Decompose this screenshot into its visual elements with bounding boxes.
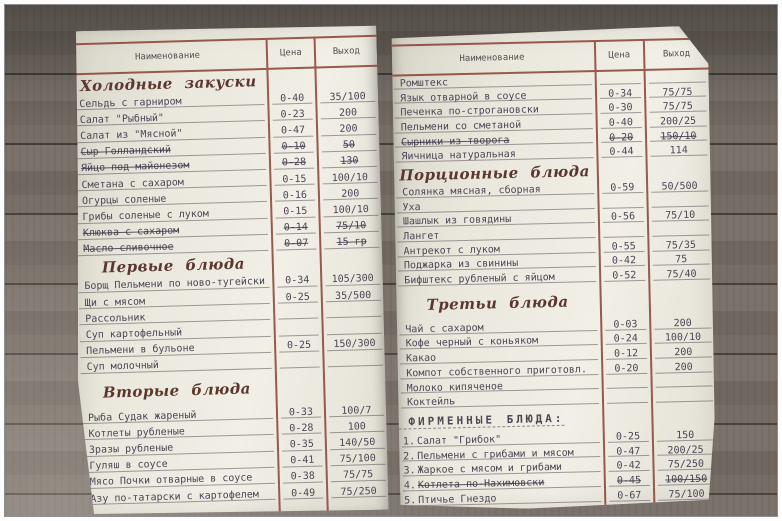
dish-yield: 150/10: [660, 130, 696, 142]
dish-name: Жаркое с мясом и грибами: [417, 462, 562, 476]
dish-yield: 75/75: [343, 469, 373, 481]
yield-column-cell: [323, 368, 387, 404]
dish-yield-cell: 150/10: [645, 128, 711, 144]
dish-yield-cell: 50/500: [646, 179, 712, 195]
dish-name: Салат "Рыбный": [71, 113, 165, 127]
dish-name: Молоко кипяченое: [398, 381, 504, 394]
dish-name: Суп картофельный: [77, 327, 183, 341]
dish-name: Огурцы соленые: [73, 193, 167, 207]
dish-price: 0-14: [284, 222, 308, 234]
dish-price: 0-38: [291, 471, 315, 483]
dish-price-cell: 0-30: [595, 100, 645, 116]
dish-yield: 75/10: [665, 210, 695, 222]
yield-column-cell: [319, 250, 383, 273]
column-header-name: Наименование: [135, 51, 200, 63]
dish-name: Яйцо под майонезом: [72, 160, 190, 174]
dish-yield-cell: 35/100: [315, 88, 379, 106]
dish-price-cell: [274, 321, 322, 339]
section-title: Порционные блюда: [399, 162, 590, 184]
dish-price-cell: 0-07: [271, 235, 319, 253]
dish-yield-cell: 75/75: [644, 84, 710, 100]
dish-name: Коктейль: [398, 396, 455, 408]
dish-price-cell: 0-14: [271, 219, 319, 237]
dish-price-cell: [594, 71, 644, 87]
price-column-cell: [279, 500, 327, 512]
dish-yield-cell: 200: [315, 104, 379, 122]
dish-price: 0-40: [280, 92, 304, 104]
dish-price-cell: 0-59: [597, 180, 647, 196]
dish-yield: 75/10: [336, 220, 366, 232]
dish-name: Котлеты рубленые: [79, 426, 185, 440]
dish-yield-cell: 130: [317, 152, 381, 170]
dish-price: 0-25: [287, 340, 311, 352]
dish-price-cell: 0-20: [595, 130, 645, 146]
dish-yield: 50/500: [661, 181, 697, 193]
dish-yield: 75/40: [666, 269, 696, 281]
dish-yield-cell: 75/75: [325, 466, 389, 484]
dish-name: Сельдь с гарниром: [70, 96, 182, 110]
dish-yield: 75/75: [663, 101, 693, 113]
dish-yield: 100/10: [665, 332, 701, 344]
dish-yield-cell: 75/35: [647, 237, 713, 253]
dish-price-cell: 0-40: [267, 90, 315, 108]
dish-price: 0-47: [281, 125, 305, 137]
dish-yield: 100/10: [332, 172, 368, 184]
dish-price: 0-03: [613, 319, 637, 331]
dish-price-cell: 0-15: [269, 170, 317, 188]
dish-price: 0-28: [289, 422, 313, 434]
dish-price-cell: 0-55: [598, 239, 648, 255]
dish-price-cell: 0-42: [603, 458, 653, 474]
dish-name: Язык отварной в соусе: [391, 90, 527, 104]
dish-yield: 100: [348, 421, 366, 433]
yield-column-cell: [651, 403, 717, 428]
dish-yield-cell: 35/500: [320, 287, 384, 305]
menu-page-right: Наименование Цена Выход РомштексЯзык отв…: [390, 25, 719, 511]
dish-price: 0-52: [612, 270, 636, 282]
price-column-cell: [267, 69, 315, 91]
section-heading-cell: Вторые блюда: [78, 371, 276, 410]
dish-yield: 114: [670, 145, 688, 156]
dish-yield: 75/100: [668, 488, 704, 500]
dish-name: Салат из "Мясной": [71, 128, 183, 142]
dish-yield-cell: 100: [324, 418, 388, 436]
yield-column-cell: [653, 501, 718, 506]
dish-price: 0-56: [611, 211, 635, 223]
dish-price-cell: [601, 376, 651, 392]
dish-price-cell: 0-23: [268, 106, 316, 124]
section-title: Вторые блюда: [103, 379, 252, 401]
dish-yield-cell: 15 гр: [319, 233, 383, 251]
dish-price-cell: 0-49: [278, 484, 326, 502]
dish-price: 0-67: [617, 490, 641, 502]
dish-name: Щи с мясом: [76, 296, 145, 309]
dish-yield-cell: 100/150: [652, 471, 718, 487]
dish-yield: 100/7: [341, 405, 371, 417]
dish-name: Зразы рубленые: [80, 443, 174, 457]
dish-price-cell: 0-33: [276, 403, 324, 421]
dish-yield-cell: [646, 193, 712, 209]
price-column-cell: [599, 283, 649, 318]
dish-yield: 75/100: [340, 453, 376, 465]
dish-yield-cell: 75/10: [318, 217, 382, 235]
dish-name: Котлета по-Нахимовски: [418, 477, 545, 491]
dish-price: 0-55: [612, 241, 636, 253]
column-header-name: Наименование: [459, 53, 524, 64]
dish-price-cell: 0-10: [268, 138, 316, 156]
yield-column-cell: [648, 281, 714, 316]
dish-price-cell: 0-16: [270, 187, 318, 205]
dish-price: 0-42: [616, 460, 640, 472]
price-column-cell: [604, 502, 653, 507]
dish-yield: 200: [674, 347, 692, 358]
menu-rows-left: Холодные закускиСельдь с гарниром0-4035/…: [69, 67, 389, 517]
yield-column-cell: [314, 67, 378, 90]
column-header-price: Цена: [280, 48, 302, 59]
dish-yield: 200/25: [667, 444, 703, 456]
dish-name: Рассольник: [76, 312, 145, 325]
dish-price: 0-07: [284, 238, 308, 250]
dish-yield-cell: 105/300: [320, 271, 384, 289]
dish-price: 0-20: [609, 132, 633, 144]
dish-yield-cell: 200: [650, 359, 716, 375]
dish-name: Лангет: [394, 231, 439, 243]
dish-yield-cell: 75/250: [652, 457, 718, 473]
dish-price: 0-35: [290, 439, 314, 451]
dish-price: 0-25: [616, 431, 640, 443]
dish-price-cell: 0-42: [598, 253, 648, 269]
dish-yield-cell: [643, 69, 709, 85]
dish-yield: 200: [675, 362, 693, 373]
dish-price-cell: 0-38: [278, 468, 326, 486]
dish-name: Какао: [397, 353, 436, 365]
dish-name: Рыба Судак жареный: [79, 410, 197, 424]
dish-price-cell: 0-40: [595, 115, 645, 131]
dish-yield: 100/10: [333, 204, 369, 216]
dish-name: Сыр Голландский: [72, 145, 172, 159]
dish-name: Суп молочный: [78, 360, 160, 373]
dish-price: 0-59: [610, 182, 634, 194]
dish-price: 0-23: [280, 109, 304, 121]
menu-page-left: Наименование Цена Выход Холодные закуски…: [68, 23, 389, 517]
price-column-cell: [596, 159, 646, 181]
dish-yield: 200/25: [660, 116, 696, 128]
dish-price: 0-16: [283, 190, 307, 202]
dish-price-cell: 0-03: [600, 317, 650, 333]
dish-yield-cell: 75: [647, 252, 713, 268]
dish-price: 0-25: [286, 291, 310, 303]
dish-price: 0-24: [614, 334, 638, 346]
row-number: 5.: [400, 495, 418, 506]
dish-name: Шашлык из говядины: [394, 214, 512, 228]
dish-yield: 150: [676, 430, 694, 441]
dish-name: Антрекот с луком: [394, 244, 500, 257]
dish-yield-cell: 200/25: [652, 442, 718, 458]
dish-price: 0-44: [609, 146, 633, 158]
dish-price: 0-41: [290, 455, 314, 467]
dish-name: Поджарка из свинины: [395, 258, 519, 272]
dish-yield: 200: [339, 123, 357, 135]
dish-yield-cell: 100/10: [317, 169, 381, 187]
dish-yield-cell: 75/40: [648, 267, 714, 283]
dish-price: 0-28: [282, 157, 306, 169]
section-title: ФИРМЕННЫЕ БЛЮДА:: [398, 412, 564, 430]
row-number: 4.: [400, 480, 418, 491]
dish-price: 0-30: [608, 102, 632, 114]
dish-yield-cell: 75/100: [653, 486, 719, 502]
header-cell-name: Наименование: [69, 40, 267, 73]
dish-price-cell: 0-34: [594, 86, 644, 102]
dish-name: Яичница натуральная: [392, 149, 516, 163]
dish-price: 0-10: [281, 141, 305, 153]
dish-yield: 75/250: [668, 459, 704, 471]
dish-yield: 200: [339, 107, 357, 119]
dish-yield-cell: 100/10: [318, 201, 382, 219]
dish-price-cell: [598, 224, 648, 240]
dish-yield: 75/35: [666, 239, 696, 251]
dish-yield: 130: [340, 156, 358, 168]
dish-yield-cell: 75/10: [646, 208, 712, 224]
row-number: 2.: [399, 451, 417, 462]
dish-yield-cell: 75/100: [325, 450, 389, 468]
dish-price-cell: 0-47: [268, 122, 316, 140]
dish-price-cell: 0-15: [270, 203, 318, 221]
dish-yield: 75/75: [662, 86, 692, 98]
dish-price: 0-40: [609, 117, 633, 129]
price-column-cell: [602, 405, 652, 430]
dish-yield-cell: 200: [649, 315, 715, 331]
dish-yield: 75/250: [340, 485, 376, 497]
dish-yield-cell: [647, 223, 713, 239]
dish-price: 0-34: [285, 275, 309, 287]
dish-yield: 75: [675, 254, 687, 265]
dish-price-cell: 0-34: [272, 272, 320, 290]
dish-price-cell: [601, 390, 651, 406]
column-header-yield: Выход: [333, 46, 360, 57]
dish-yield-cell: 50: [316, 136, 380, 154]
dish-yield-cell: [321, 303, 385, 321]
dish-price: 0-45: [617, 475, 641, 487]
header-cell-name: Наименование: [390, 42, 594, 75]
dish-price-cell: 0-25: [602, 429, 652, 445]
dish-price-cell: 0-47: [603, 444, 653, 460]
dish-name: Клюква с сахаром: [74, 225, 180, 239]
photo-frame: Наименование Цена Выход Холодные закуски…: [0, 0, 782, 521]
header-cell-yield: Выход: [313, 37, 377, 67]
header-cell-yield: Выход: [643, 39, 709, 68]
dish-yield: 15 гр: [336, 236, 366, 248]
yield-column-cell: [326, 499, 389, 512]
dish-price: 0-42: [612, 256, 636, 268]
dish-price-cell: 0-44: [596, 144, 646, 160]
dish-price-cell: 0-28: [269, 154, 317, 172]
dish-yield: 50: [343, 140, 355, 151]
dish-price-cell: 0-35: [277, 436, 325, 454]
row-number: 3.: [399, 465, 417, 476]
dish-yield-cell: 75/250: [326, 483, 390, 501]
dish-yield-cell: [650, 374, 716, 390]
price-column-cell: [272, 251, 320, 273]
dish-price: 0-12: [614, 348, 638, 360]
dish-yield-cell: 114: [645, 143, 711, 159]
dish-yield-cell: 200: [318, 185, 382, 203]
dish-price-cell: [273, 305, 321, 323]
dish-price-cell: 0-28: [276, 420, 324, 438]
dish-price-cell: [274, 353, 322, 371]
dish-price-cell: 0-12: [600, 346, 650, 362]
dish-yield: 105/300: [331, 273, 373, 285]
dish-name: Уха: [393, 202, 420, 214]
price-column-cell: [275, 369, 324, 404]
dish-name: Салат "Грибок": [417, 434, 502, 447]
section-title: Первые блюда: [102, 255, 246, 277]
dish-name: Печенка по-строгановски: [391, 105, 539, 119]
dish-price-cell: 0-24: [600, 331, 650, 347]
column-header-yield: Выход: [663, 49, 690, 60]
header-cell-price: Цена: [266, 39, 314, 68]
dish-price-cell: 0-25: [274, 337, 322, 355]
yield-column-cell: [645, 158, 711, 180]
dish-price: 0-15: [282, 173, 306, 185]
dish-name: Масло сливочное: [74, 242, 174, 256]
dish-yield: 200: [674, 318, 692, 329]
dish-name: Кофе черный с коньяком: [397, 336, 539, 350]
row-number: 1.: [399, 436, 417, 447]
dish-price-cell: 0-25: [273, 289, 321, 307]
dish-name: Пельмени в бульоне: [77, 343, 195, 357]
dish-price-cell: [597, 195, 647, 211]
dish-yield-cell: 150: [651, 427, 717, 443]
dish-yield: 35/100: [329, 91, 365, 103]
section-heading-cell: Третьи блюда: [395, 284, 599, 323]
dish-name: Ромштекс: [391, 77, 448, 89]
column-header-price: Цена: [608, 50, 630, 60]
dish-yield-cell: 200: [650, 345, 716, 361]
dish-name: Гуляш в соусе: [80, 459, 168, 472]
dish-yield-cell: [322, 351, 386, 369]
menu-rows-right: РомштексЯзык отварной в соусе0-3475/75Пе…: [391, 69, 719, 511]
dish-price: 0-15: [283, 206, 307, 218]
dish-yield-cell: 100/7: [324, 402, 388, 420]
dish-yield-cell: 75/75: [644, 99, 710, 115]
dish-price: 0-20: [614, 363, 638, 375]
dish-name: Пельмени с грибами и мясом: [417, 447, 574, 462]
dish-yield: 150/300: [333, 338, 375, 350]
dish-price-cell: 0-67: [604, 488, 654, 504]
dish-yield-cell: 100/10: [649, 330, 715, 346]
dish-name: Чай с сахаром: [396, 322, 484, 335]
dish-price-cell: 0-52: [599, 268, 649, 284]
dish-price-cell: 0-20: [601, 361, 651, 377]
dish-name: Сырники из творога: [392, 135, 510, 149]
dish-price: 0-47: [616, 446, 640, 458]
section-title: Третьи блюда: [426, 293, 568, 314]
dish-price: 0-33: [289, 406, 313, 418]
dish-price-cell: 0-45: [603, 473, 653, 489]
dish-yield: 100/150: [665, 474, 707, 486]
dish-yield-cell: [651, 389, 717, 405]
dish-name: Сметана с сахаром: [72, 177, 184, 191]
dish-yield: 35/500: [335, 290, 371, 302]
dish-yield-cell: 200/25: [644, 113, 710, 129]
dish-yield: 140/50: [339, 437, 375, 449]
header-cell-price: Цена: [593, 41, 643, 70]
dish-yield-cell: 150/300: [322, 335, 386, 353]
dish-price-cell: 0-41: [277, 452, 325, 470]
wood-background: Наименование Цена Выход Холодные закуски…: [4, 4, 778, 517]
dish-yield-cell: 140/50: [324, 434, 388, 452]
dish-price: 0-49: [291, 487, 315, 499]
dish-name: Пельмени со сметаной: [392, 120, 522, 134]
dish-price: 0-34: [608, 88, 632, 100]
dish-name: Грибы соленые с луком: [73, 208, 209, 223]
dish-price-cell: 0-56: [597, 209, 647, 225]
dish-yield: 200: [341, 188, 359, 200]
dish-name: Птичье Гнездо: [418, 493, 497, 506]
dish-name: Солянка мясная, сборная: [393, 184, 541, 198]
dish-yield-cell: 200: [316, 120, 380, 138]
dish-yield-cell: [321, 319, 385, 337]
